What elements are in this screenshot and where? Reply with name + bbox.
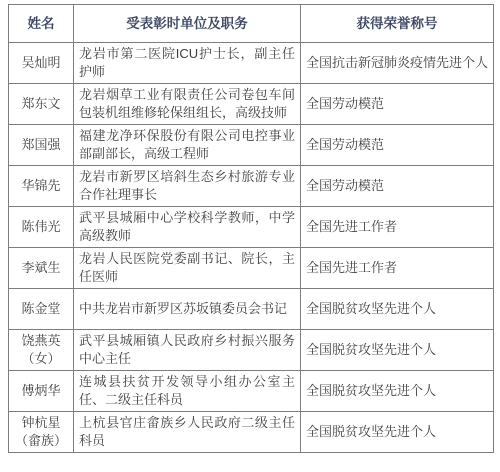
table-row: 钟杭星 （畲族）上杭县官庄畲族乡人民政府二级主任科员全国脱贫攻坚先进个人 <box>9 412 494 453</box>
unit-cell: 上杭县官庄畲族乡人民政府二级主任科员 <box>74 412 301 453</box>
table-row: 李斌生龙岩人民医院党委副书记、院长，主任医师全国先进工作者 <box>9 248 494 289</box>
table-row: 郑东文龙岩烟草工业有限责任公司卷包车间包装机组维修轮保组组长，高级技师全国劳动模… <box>9 84 494 125</box>
name-cell: 陈金堂 <box>9 289 74 330</box>
header-honor-title: 获得荣誉称号 <box>301 5 494 43</box>
unit-cell: 中共龙岩市新罗区苏坂镇委员会书记 <box>74 289 301 330</box>
honor-cell: 全国劳动模范 <box>301 84 494 125</box>
honor-cell: 全国抗击新冠肺炎疫情先进个人 <box>301 43 494 84</box>
name-cell: 陈伟光 <box>9 207 74 248</box>
unit-cell: 龙岩人民医院党委副书记、院长，主任医师 <box>74 248 301 289</box>
unit-cell: 武平县城厢中心学校科学教师，中学高级教师 <box>74 207 301 248</box>
name-cell: 钟杭星 （畲族） <box>9 412 74 453</box>
unit-cell: 连城县扶贫开发领导小组办公室主任、二级主任科员 <box>74 371 301 412</box>
name-cell: 傅炳华 <box>9 371 74 412</box>
name-cell: 饶燕英 （女） <box>9 330 74 371</box>
unit-cell: 龙岩市第二医院ICU护士长，副主任护师 <box>74 43 301 84</box>
honor-cell: 全国脱贫攻坚先进个人 <box>301 371 494 412</box>
header-unit-position: 受表彰时单位及职务 <box>74 5 301 43</box>
table-body: 吴灿明龙岩市第二医院ICU护士长，副主任护师全国抗击新冠肺炎疫情先进个人郑东文龙… <box>9 43 494 453</box>
unit-cell: 龙岩市新罗区培斜生态乡村旅游专业合作社理事长 <box>74 166 301 207</box>
table-row: 陈伟光武平县城厢中心学校科学教师，中学高级教师全国先进工作者 <box>9 207 494 248</box>
honor-cell: 全国脱贫攻坚先进个人 <box>301 330 494 371</box>
name-cell: 郑国强 <box>9 125 74 166</box>
header-name: 姓名 <box>9 5 74 43</box>
unit-cell: 武平县城厢镇人民政府乡村振兴服务中心主任 <box>74 330 301 371</box>
table-row: 陈金堂中共龙岩市新罗区苏坂镇委员会书记全国脱贫攻坚先进个人 <box>9 289 494 330</box>
table-row: 傅炳华连城县扶贫开发领导小组办公室主任、二级主任科员全国脱贫攻坚先进个人 <box>9 371 494 412</box>
honor-roll-table: 姓名 受表彰时单位及职务 获得荣誉称号 吴灿明龙岩市第二医院ICU护士长，副主任… <box>8 4 494 453</box>
unit-cell: 龙岩烟草工业有限责任公司卷包车间包装机组维修轮保组组长，高级技师 <box>74 84 301 125</box>
table-row: 郑国强福建龙净环保股份有限公司电控事业部副部长，高级工程师全国劳动模范 <box>9 125 494 166</box>
honor-cell: 全国劳动模范 <box>301 166 494 207</box>
unit-cell: 福建龙净环保股份有限公司电控事业部副部长，高级工程师 <box>74 125 301 166</box>
table-row: 华锦先龙岩市新罗区培斜生态乡村旅游专业合作社理事长全国劳动模范 <box>9 166 494 207</box>
table-row: 吴灿明龙岩市第二医院ICU护士长，副主任护师全国抗击新冠肺炎疫情先进个人 <box>9 43 494 84</box>
name-cell: 华锦先 <box>9 166 74 207</box>
name-cell: 李斌生 <box>9 248 74 289</box>
honor-cell: 全国脱贫攻坚先进个人 <box>301 289 494 330</box>
name-cell: 吴灿明 <box>9 43 74 84</box>
honor-cell: 全国先进工作者 <box>301 207 494 248</box>
honor-cell: 全国脱贫攻坚先进个人 <box>301 412 494 453</box>
name-cell: 郑东文 <box>9 84 74 125</box>
header-row: 姓名 受表彰时单位及职务 获得荣誉称号 <box>9 5 494 43</box>
page: 姓名 受表彰时单位及职务 获得荣誉称号 吴灿明龙岩市第二医院ICU护士长，副主任… <box>0 0 500 472</box>
honor-cell: 全国先进工作者 <box>301 248 494 289</box>
table-header: 姓名 受表彰时单位及职务 获得荣誉称号 <box>9 5 494 43</box>
table-row: 饶燕英 （女）武平县城厢镇人民政府乡村振兴服务中心主任全国脱贫攻坚先进个人 <box>9 330 494 371</box>
honor-cell: 全国劳动模范 <box>301 125 494 166</box>
